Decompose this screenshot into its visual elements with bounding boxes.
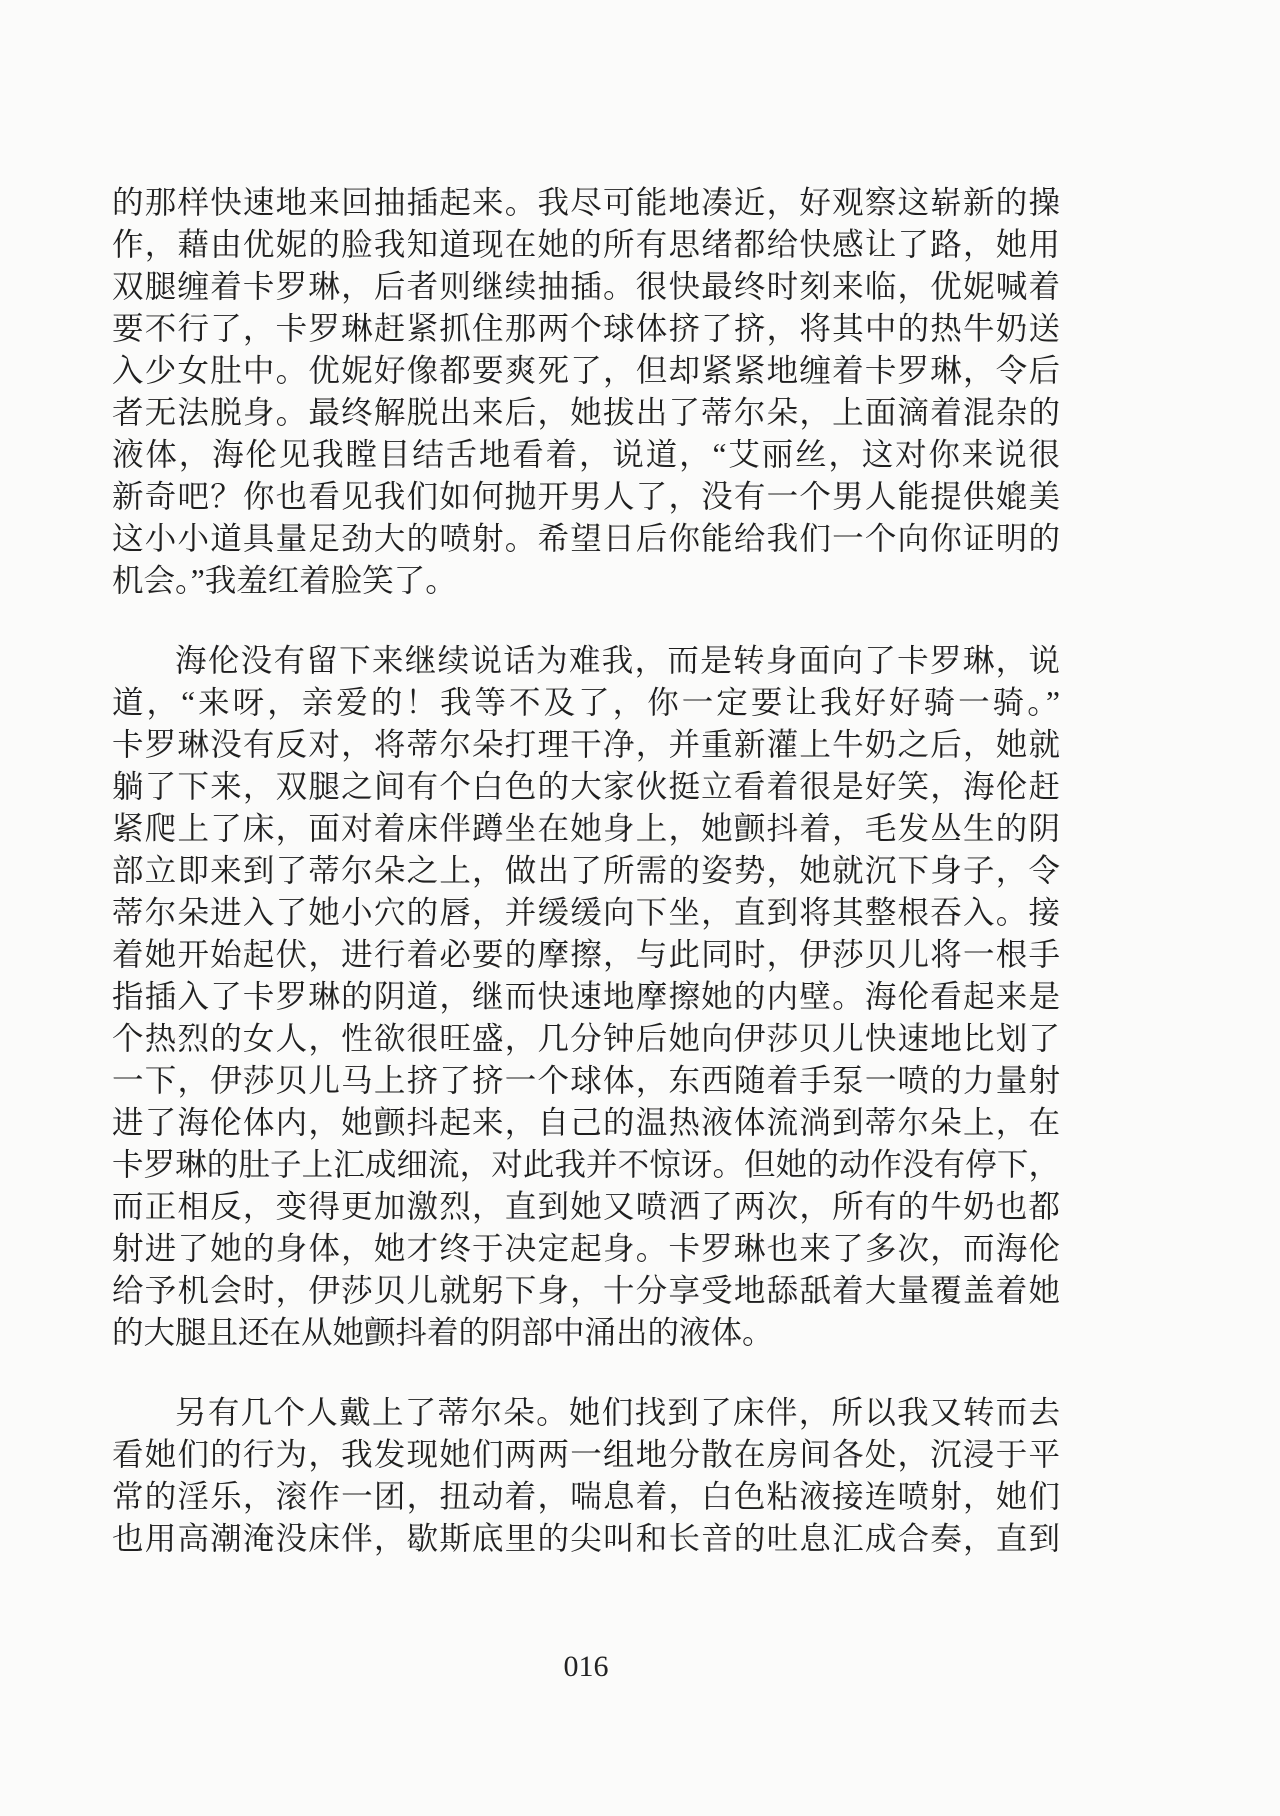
text-line: 着她开始起伏，进行着必要的摩擦，与此同时，伊莎贝儿将一根手 xyxy=(112,934,1060,976)
text-line: 另有几个人戴上了蒂尔朵。她们找到了床伴，所以我又转而去 xyxy=(112,1392,1060,1434)
text-line: 者无法脱身。最终解脱出来后，她拔出了蒂尔朵，上面滴着混杂的 xyxy=(112,392,1060,434)
page-number: 016 xyxy=(112,1648,1060,1686)
paragraph: 的那样快速地来回抽插起来。我尽可能地凑近，好观察这崭新的操作，藉由优妮的脸我知道… xyxy=(112,182,1060,602)
text-line: 的大腿且还在从她颤抖着的阴部中涌出的液体。 xyxy=(112,1312,1060,1354)
text-line: 要不行了，卡罗琳赶紧抓住那两个球体挤了挤，将其中的热牛奶送 xyxy=(112,308,1060,350)
text-line: 个热烈的女人，性欲很旺盛，几分钟后她向伊莎贝儿快速地比划了 xyxy=(112,1018,1060,1060)
text-line: 也用高潮淹没床伴，歇斯底里的尖叫和长音的吐息汇成合奏，直到 xyxy=(112,1518,1060,1560)
text-line: 部立即来到了蒂尔朵之上，做出了所需的姿势，她就沉下身子，令 xyxy=(112,850,1060,892)
body-text: 的那样快速地来回抽插起来。我尽可能地凑近，好观察这崭新的操作，藉由优妮的脸我知道… xyxy=(112,182,1060,1560)
text-line: 液体，海伦见我瞠目结舌地看着，说道，“艾丽丝，这对你来说很 xyxy=(112,434,1060,476)
text-line: 一下，伊莎贝儿马上挤了挤一个球体，东西随着手泵一喷的力量射 xyxy=(112,1060,1060,1102)
text-line: 看她们的行为，我发现她们两两一组地分散在房间各处，沉浸于平 xyxy=(112,1434,1060,1476)
text-line: 紧爬上了床，面对着床伴蹲坐在她身上，她颤抖着，毛发丛生的阴 xyxy=(112,808,1060,850)
text-line: 指插入了卡罗琳的阴道，继而快速地摩擦她的内壁。海伦看起来是 xyxy=(112,976,1060,1018)
text-line: 常的淫乐，滚作一团，扭动着，喘息着，白色粘液接连喷射，她们 xyxy=(112,1476,1060,1518)
text-line: 海伦没有留下来继续说话为难我，而是转身面向了卡罗琳，说 xyxy=(112,640,1060,682)
text-line: 而正相反，变得更加激烈，直到她又喷洒了两次，所有的牛奶也都 xyxy=(112,1186,1060,1228)
text-line: 卡罗琳没有反对，将蒂尔朵打理干净，并重新灌上牛奶之后，她就 xyxy=(112,724,1060,766)
text-line: 双腿缠着卡罗琳，后者则继续抽插。很快最终时刻来临，优妮喊着 xyxy=(112,266,1060,308)
text-line: 入少女肚中。优妮好像都要爽死了，但却紧紧地缠着卡罗琳，令后 xyxy=(112,350,1060,392)
text-line: 给予机会时，伊莎贝儿就躬下身，十分享受地舔舐着大量覆盖着她 xyxy=(112,1270,1060,1312)
text-line: 道，“来呀，亲爱的！我等不及了，你一定要让我好好骑一骑。” xyxy=(112,682,1060,724)
text-line: 这小小道具量足劲大的喷射。希望日后你能给我们一个向你证明的 xyxy=(112,518,1060,560)
text-line: 作，藉由优妮的脸我知道现在她的所有思绪都给快感让了路，她用 xyxy=(112,224,1060,266)
text-line: 进了海伦体内，她颤抖起来，自己的温热液体流淌到蒂尔朵上，在 xyxy=(112,1102,1060,1144)
text-line: 卡罗琳的肚子上汇成细流，对此我并不惊讶。但她的动作没有停下， xyxy=(112,1144,1060,1186)
text-line: 射进了她的身体，她才终于决定起身。卡罗琳也来了多次，而海伦 xyxy=(112,1228,1060,1270)
text-line: 躺了下来，双腿之间有个白色的大家伙挺立看着很是好笑，海伦赶 xyxy=(112,766,1060,808)
document-page: { "document": { "page_number": "016", "p… xyxy=(0,0,1280,1816)
paragraph: 另有几个人戴上了蒂尔朵。她们找到了床伴，所以我又转而去看她们的行为，我发现她们两… xyxy=(112,1392,1060,1560)
paragraph: 海伦没有留下来继续说话为难我，而是转身面向了卡罗琳，说道，“来呀，亲爱的！我等不… xyxy=(112,640,1060,1354)
text-line: 新奇吧？你也看见我们如何抛开男人了，没有一个男人能提供媲美 xyxy=(112,476,1060,518)
text-line: 机会。”我羞红着脸笑了。 xyxy=(112,560,1060,602)
text-line: 的那样快速地来回抽插起来。我尽可能地凑近，好观察这崭新的操 xyxy=(112,182,1060,224)
text-line: 蒂尔朵进入了她小穴的唇，并缓缓向下坐，直到将其整根吞入。接 xyxy=(112,892,1060,934)
